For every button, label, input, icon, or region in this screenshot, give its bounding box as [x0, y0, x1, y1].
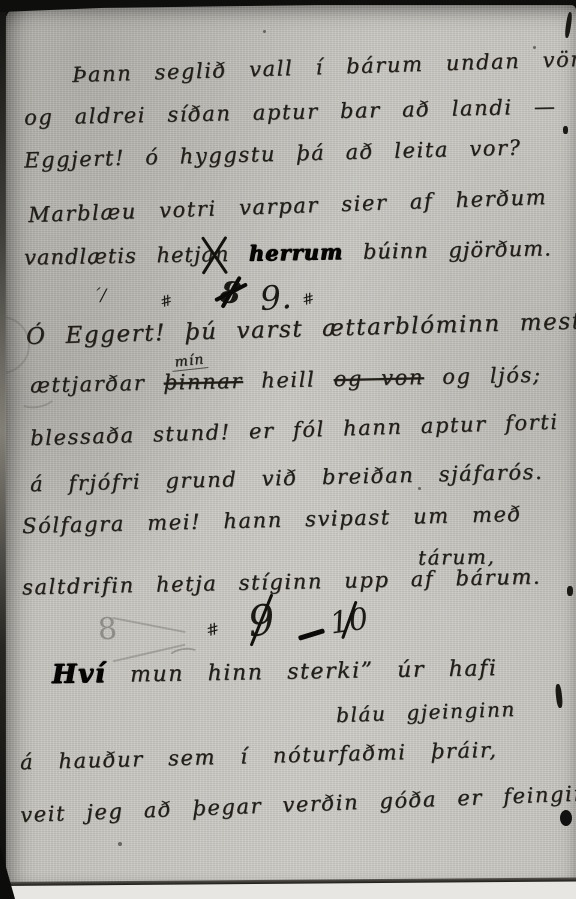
- pencil-page-number: 8: [97, 611, 118, 647]
- crossed-out-stanza-number: 9: [246, 595, 278, 647]
- scan-edge-left: [0, 0, 6, 899]
- stanza-number: 9.: [259, 277, 293, 318]
- edge-ink-mark: [563, 126, 568, 134]
- scanned-manuscript-page: Þann seglið vall í bárum undan vör og al…: [0, 0, 576, 899]
- struck-word: þinnar: [163, 369, 243, 395]
- overwritten-word: herrum: [249, 239, 344, 266]
- overwritten-word: Hví: [52, 659, 107, 690]
- ink-speck: [533, 46, 536, 49]
- handwritten-text: ættjarðar: [30, 371, 164, 398]
- ink-speck: [263, 30, 266, 33]
- handwritten-text: vandlætis he: [24, 243, 185, 270]
- handwritten-text: búinn gjörðum.: [343, 236, 552, 264]
- struck-words: og von: [333, 365, 424, 391]
- ink-speck: [418, 487, 421, 490]
- x-crossed-out-word: tjan: [184, 242, 249, 267]
- ink-speck: [90, 262, 93, 265]
- crossed-out-stanza-number: 10: [328, 602, 371, 642]
- edge-ink-mark: [567, 586, 573, 596]
- handwritten-text: og ljós;: [424, 363, 542, 389]
- edge-ink-blob: [560, 810, 572, 826]
- handwritten-text: heill: [243, 367, 334, 393]
- correction-group: mínþinnar: [163, 369, 243, 395]
- stanza-divider-tick: ´/: [92, 286, 106, 306]
- ink-speck: [118, 842, 122, 846]
